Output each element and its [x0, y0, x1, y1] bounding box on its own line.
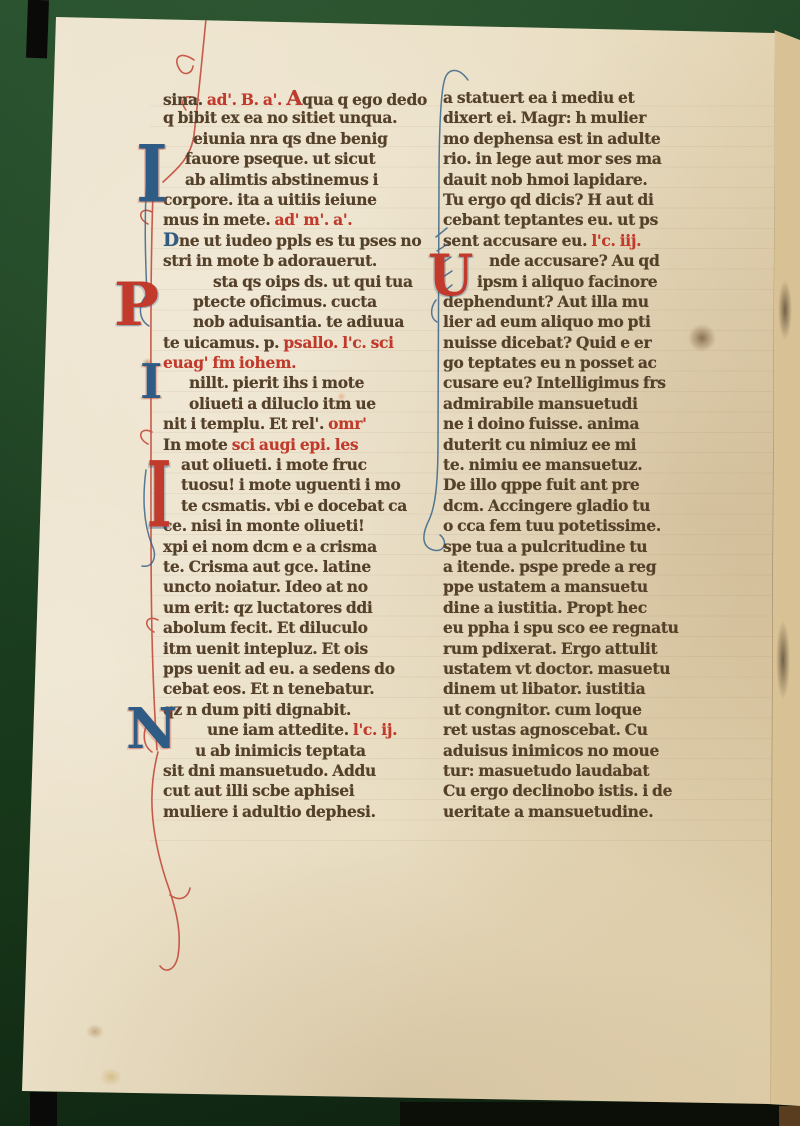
- text-segment: u ab inimicis teptata: [195, 741, 366, 760]
- text-line: dinem ut libator. iustitia: [443, 679, 719, 699]
- text-line: ustatem vt doctor. masuetu: [443, 659, 719, 679]
- text-segment: nillt. pierit ihs i mote: [189, 373, 364, 392]
- text-line: euag' fm iohem.: [163, 353, 435, 373]
- text-segment: ad'. B. a'.: [207, 90, 286, 109]
- text-segment: rum pdixerat. Ergo attulit: [443, 639, 657, 658]
- text-line: tuosu! i mote uguenti i mo: [181, 475, 435, 495]
- text-line: stri in mote b adorauerut.: [163, 251, 435, 271]
- text-line: ut congnitor. cum loque: [443, 700, 719, 720]
- shadow-under-book: [400, 1102, 800, 1126]
- text-segment: ppe ustatem a mansuetu: [443, 577, 648, 596]
- text-line: fauore pseque. ut sicut: [185, 149, 435, 169]
- text-line: um erit: qz luctatores ddi: [163, 598, 435, 618]
- manuscript-page: sina. ad'. B. a'. Aqua q ego dedoq bibit…: [0, 0, 800, 1126]
- text-line: nob aduisantia. te adiuua: [193, 312, 435, 332]
- text-line: xpi ei nom dcm e a crisma: [163, 537, 435, 557]
- text-segment: cut aut illi scbe aphisei: [163, 781, 354, 800]
- text-segment: dcm. Accingere gladio tu: [443, 496, 650, 515]
- text-segment: ipsm i aliquo facinore: [477, 272, 657, 291]
- text-line: qz n dum piti dignabit.: [163, 700, 435, 720]
- illuminated-initial: P: [114, 281, 159, 330]
- text-line: Tu ergo qd dicis? H aut di: [443, 190, 719, 210]
- text-line: te csmatis. vbi e docebat ca: [181, 496, 435, 516]
- text-segment: uncto noiatur. Ideo at no: [163, 577, 368, 596]
- text-segment: oliueti a diluclo itm ue: [189, 394, 376, 413]
- text-segment: te. nimiu ee mansuetuz.: [443, 455, 642, 474]
- top-edge-smudge: [606, 10, 670, 26]
- text-line: mo dephensa est in adulte: [443, 129, 719, 149]
- text-segment: ustatem vt doctor. masuetu: [443, 659, 670, 678]
- text-line: mus in mete. ad' m'. a'.: [163, 210, 435, 230]
- text-segment: duterit cu nimiuz ee mi: [443, 435, 636, 454]
- text-segment: tuosu! i mote uguenti i mo: [181, 475, 401, 494]
- text-line: lier ad eum aliquo mo pti: [443, 312, 719, 332]
- text-segment: aduisus inimicos no moue: [443, 741, 659, 760]
- text-line: De illo qppe fuit ant pre: [443, 475, 719, 495]
- text-line: In mote sci augi epi. les: [163, 435, 435, 455]
- text-line: rio. in lege aut mor ses ma: [443, 149, 719, 169]
- text-segment: admirabile mansuetudi: [443, 394, 638, 413]
- text-segment: te csmatis. vbi e docebat ca: [181, 496, 407, 515]
- text-line: dine a iustitia. Propt hec: [443, 598, 719, 618]
- text-segment: lier ad eum aliquo mo pti: [443, 312, 651, 331]
- text-segment: dine a iustitia. Propt hec: [443, 598, 647, 617]
- text-line: pps uenit ad eu. a sedens do: [163, 659, 435, 679]
- text-line: cebat eos. Et n tenebatur.: [163, 679, 435, 699]
- text-line: admirabile mansuetudi: [443, 394, 719, 414]
- text-line: Cu ergo declinobo istis. i de: [443, 781, 719, 801]
- text-line: ueritate a mansuetudine.: [443, 802, 719, 822]
- text-segment: dauit nob hmoi lapidare.: [443, 170, 648, 189]
- text-line: o cca fem tuu potetissime.: [443, 516, 719, 536]
- illuminated-initial: N: [126, 707, 177, 753]
- text-segment: dixert ei. Magr: h mulier: [443, 108, 646, 127]
- text-segment: go teptates eu n posset ac: [443, 353, 657, 372]
- text-line: ptecte oficimus. cucta: [193, 292, 435, 312]
- text-segment: eiunia nra qs dne benig: [193, 129, 388, 148]
- text-line: muliere i adultio dephesi.: [163, 802, 435, 822]
- text-line: eu ppha i spu sco ee regnatu: [443, 618, 719, 638]
- binding-strap-top: [26, 0, 49, 58]
- text-segment: cusare eu? Intelligimus frs: [443, 373, 666, 392]
- text-line: duterit cu nimiuz ee mi: [443, 435, 719, 455]
- text-line: oliueti a diluclo itm ue: [189, 394, 435, 414]
- text-segment: cebant teptantes eu. ut ps: [443, 210, 658, 229]
- text-segment: nde accusare? Au qd: [489, 251, 660, 270]
- text-line: abolum fecit. Et diluculo: [163, 618, 435, 638]
- small-stain: [30, 258, 46, 278]
- text-segment: fauore pseque. ut sicut: [185, 149, 375, 168]
- text-line: te. nimiu ee mansuetuz.: [443, 455, 719, 475]
- text-segment: a statuert ea i mediu et: [443, 88, 634, 107]
- text-segment: A: [286, 85, 302, 110]
- text-line: te. Crisma aut gce. latine: [163, 557, 435, 577]
- text-segment: De illo qppe fuit ant pre: [443, 475, 640, 494]
- text-line: nit i templu. Et rel'. omr': [163, 414, 435, 434]
- text-line: nillt. pierit ihs i mote: [189, 373, 435, 393]
- text-segment: pps uenit ad eu. a sedens do: [163, 659, 395, 678]
- small-stain: [100, 1068, 122, 1086]
- text-segment: q bibit ex ea no sitiet unqua.: [163, 108, 397, 127]
- text-segment: a itende. pspe prede a reg: [443, 557, 656, 576]
- text-segment: euag' fm iohem.: [163, 353, 296, 372]
- text-segment: l'c. iij.: [591, 231, 641, 250]
- text-segment: xpi ei nom dcm e a crisma: [163, 537, 377, 556]
- text-line: dcm. Accingere gladio tu: [443, 496, 719, 516]
- text-line: nuisse dicebat? Quid e er: [443, 333, 719, 353]
- text-line: tur: masuetudo laudabat: [443, 761, 719, 781]
- text-segment: sina.: [163, 90, 207, 109]
- text-segment: corpore. ita a uitiis ieiune: [163, 190, 377, 209]
- text-line: u ab inimicis teptata: [195, 741, 435, 761]
- text-segment: mus in mete.: [163, 210, 275, 229]
- text-segment: l'c. ij.: [353, 720, 397, 739]
- text-segment: nit i templu. Et rel'.: [163, 414, 328, 433]
- text-segment: spe tua a pulcritudine tu: [443, 537, 647, 556]
- text-segment: D: [163, 230, 179, 251]
- text-segment: itm uenit intepluz. Et ois: [163, 639, 368, 658]
- binding-strap-bottom: [30, 1092, 57, 1126]
- text-line: sina. ad'. B. a'. Aqua q ego dedo: [163, 88, 435, 108]
- text-segment: ab alimtis abstinemus i: [185, 170, 378, 189]
- text-segment: qz n dum piti dignabit.: [163, 700, 351, 719]
- text-line: cusare eu? Intelligimus frs: [443, 373, 719, 393]
- text-segment: eu ppha i spu sco ee regnatu: [443, 618, 679, 637]
- text-segment: um erit: qz luctatores ddi: [163, 598, 373, 617]
- text-segment: ne i doino fuisse. anima: [443, 414, 639, 433]
- text-segment: In mote: [163, 435, 232, 454]
- text-segment: une iam attedite.: [207, 720, 353, 739]
- text-line: ret ustas agnoscebat. Cu: [443, 720, 719, 740]
- text-line: dixert ei. Magr: h mulier: [443, 108, 719, 128]
- text-segment: te. Crisma aut gce. latine: [163, 557, 371, 576]
- text-line: corpore. ita a uitiis ieiune: [163, 190, 435, 210]
- text-line: sta qs oips ds. ut qui tua: [213, 272, 435, 292]
- text-segment: ptecte oficimus. cucta: [193, 292, 377, 311]
- text-segment: dinem ut libator. iustitia: [443, 679, 645, 698]
- text-segment: abolum fecit. Et diluculo: [163, 618, 368, 637]
- text-line: q bibit ex ea no sitiet unqua.: [163, 108, 435, 128]
- fore-edge-smudge: [778, 280, 792, 340]
- text-line: rum pdixerat. Ergo attulit: [443, 639, 719, 659]
- text-segment: rio. in lege aut mor ses ma: [443, 149, 662, 168]
- illuminated-initial: I: [140, 363, 162, 402]
- text-segment: sta qs oips ds. ut qui tua: [213, 272, 413, 291]
- illuminated-initial: I: [136, 144, 168, 208]
- text-line: ipsm i aliquo facinore: [477, 272, 719, 292]
- text-line: spe tua a pulcritudine tu: [443, 537, 719, 557]
- text-line: ab alimtis abstinemus i: [185, 170, 435, 190]
- text-segment: muliere i adultio dephesi.: [163, 802, 376, 821]
- text-segment: sit dni mansuetudo. Addu: [163, 761, 376, 780]
- text-line: ce. nisi in monte oliueti!: [163, 516, 435, 536]
- text-segment: ad' m'. a'.: [275, 210, 353, 229]
- text-segment: nuisse dicebat? Quid e er: [443, 333, 651, 352]
- table-corner: [779, 1106, 800, 1126]
- text-line: cebant teptantes eu. ut ps: [443, 210, 719, 230]
- text-segment: Cu ergo declinobo istis. i de: [443, 781, 672, 800]
- text-segment: Tu ergo qd dicis? H aut di: [443, 190, 654, 209]
- text-line: dauit nob hmoi lapidare.: [443, 170, 719, 190]
- text-segment: ut congnitor. cum loque: [443, 700, 642, 719]
- text-segment: qua q ego dedo: [302, 90, 427, 109]
- text-segment: ne ut iudeo ppls es tu pses no: [179, 231, 422, 250]
- text-segment: nob aduisantia. te adiuua: [193, 312, 404, 331]
- text-line: aduisus inimicos no moue: [443, 741, 719, 761]
- fore-edge-smudge: [776, 620, 790, 700]
- text-segment: cebat eos. Et n tenebatur.: [163, 679, 374, 698]
- text-segment: dephendunt? Aut illa mu: [443, 292, 649, 311]
- text-segment: o cca fem tuu potetissime.: [443, 516, 661, 535]
- text-line: uncto noiatur. Ideo at no: [163, 577, 435, 597]
- text-line: te uicamus. p. psallo. l'c. sci: [163, 333, 435, 353]
- text-line: ppe ustatem a mansuetu: [443, 577, 719, 597]
- text-column-left: sina. ad'. B. a'. Aqua q ego dedoq bibit…: [163, 88, 435, 822]
- text-line: une iam attedite. l'c. ij.: [207, 720, 435, 740]
- text-line: ne i doino fuisse. anima: [443, 414, 719, 434]
- text-segment: aut oliueti. i mote fruc: [181, 455, 367, 474]
- text-line: go teptates eu n posset ac: [443, 353, 719, 373]
- text-line: aut oliueti. i mote fruc: [181, 455, 435, 475]
- text-segment: ce. nisi in monte oliueti!: [163, 516, 365, 535]
- text-segment: te uicamus. p.: [163, 333, 283, 352]
- text-line: sent accusare eu. l'c. iij.: [443, 231, 719, 251]
- text-line: a statuert ea i mediu et: [443, 88, 719, 108]
- text-line: eiunia nra qs dne benig: [193, 129, 435, 149]
- text-line: Dne ut iudeo ppls es tu pses no: [163, 231, 435, 251]
- text-segment: tur: masuetudo laudabat: [443, 761, 649, 780]
- text-segment: psallo. l'c. sci: [283, 333, 393, 352]
- text-segment: ueritate a mansuetudine.: [443, 802, 653, 821]
- small-stain: [86, 1024, 104, 1039]
- text-line: itm uenit intepluz. Et ois: [163, 639, 435, 659]
- text-line: a itende. pspe prede a reg: [443, 557, 719, 577]
- text-segment: sci augi epi. les: [232, 435, 359, 454]
- text-segment: stri in mote b adorauerut.: [163, 251, 377, 270]
- text-segment: mo dephensa est in adulte: [443, 129, 661, 148]
- illuminated-initial: U: [428, 253, 473, 300]
- text-line: cut aut illi scbe aphisei: [163, 781, 435, 801]
- text-segment: ret ustas agnoscebat. Cu: [443, 720, 648, 739]
- text-line: sit dni mansuetudo. Addu: [163, 761, 435, 781]
- text-line: nde accusare? Au qd: [489, 251, 719, 271]
- text-segment: omr': [328, 414, 366, 433]
- photographed-book-backdrop: sina. ad'. B. a'. Aqua q ego dedoq bibit…: [0, 0, 800, 1126]
- illuminated-initial: I: [147, 460, 171, 535]
- text-column-right: a statuert ea i mediu etdixert ei. Magr:…: [443, 88, 719, 822]
- text-line: dephendunt? Aut illa mu: [443, 292, 719, 312]
